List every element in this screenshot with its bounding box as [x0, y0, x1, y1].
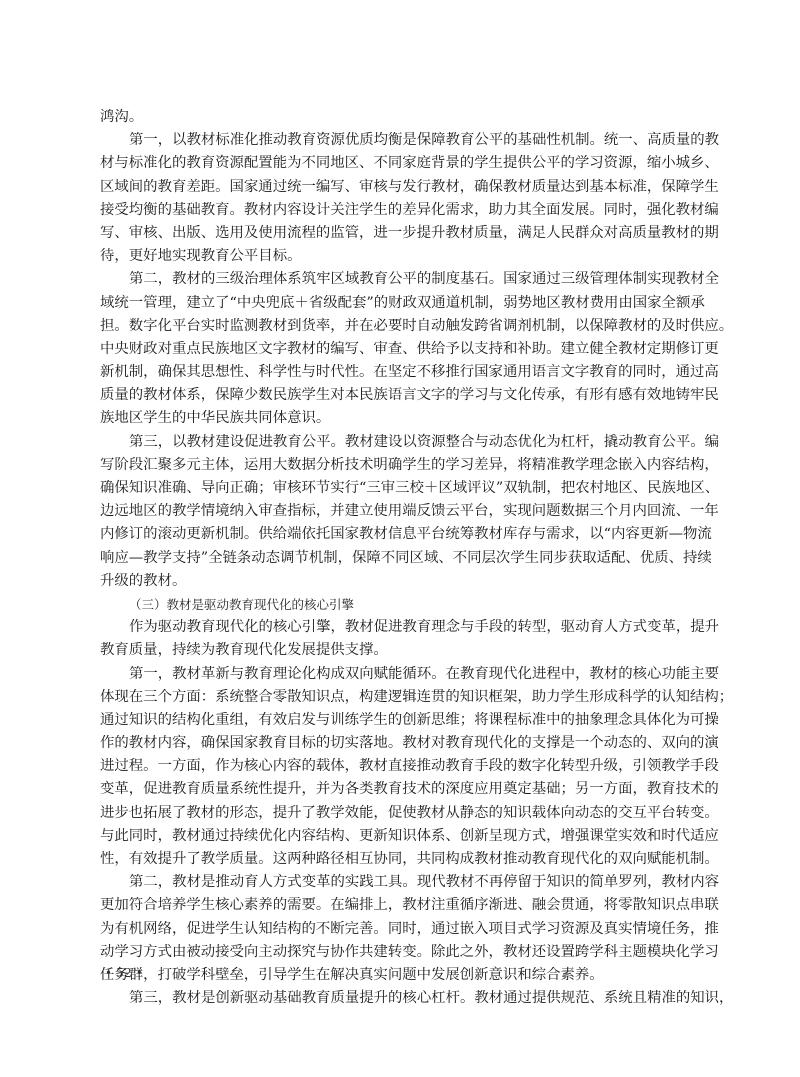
text-line: 第三，教材是创新驱动基础教育质量提升的核心杠杆。教材通过提供规范、系统且精准的知… [100, 987, 700, 1010]
text-line: 变革，促进教育质量系统性提升，并为各类教育技术的深度应用奠定基础；另一方面，教育… [100, 778, 700, 801]
text-line: 域统一管理，建立了“中央兜底＋省级配套”的财政双通道机制，弱势地区教材费用由国家… [100, 292, 700, 315]
text-line: 写、审核、出版、选用及使用流程的监管，进一步提升教材质量，满足人民群众对高质量教… [100, 222, 700, 245]
text-line: 族地区学生的中华民族共同体意识。 [100, 407, 700, 430]
text-line: 担。数字化平台实时监测教材到货率，并在必要时自动触发跨省调剂机制，以保障教材的及… [100, 315, 700, 338]
text-line: 新机制，确保其思想性、科学性与时代性。在坚定不移推行国家通用语言文字教育的同时，… [100, 361, 700, 384]
text-line: 区域间的教育差距。国家通过统一编写、审核与发行教材，确保教材质量达到基本标准，保… [100, 176, 700, 199]
text-line: 内修订的滚动更新机制。供给端依托国家教材信息平台统筹教材库存与需求，以“内容更新… [100, 523, 700, 546]
text-line: 性，有效提升了教学质量。这两种路径相互协同，共同构成教材推动教育现代化的双向赋能… [100, 848, 700, 871]
text-line: 升级的教材。 [100, 570, 700, 593]
text-line: 质量的教材体系，保障少数民族学生对本民族语言文字的学习与文化传承，有形有感有效地… [100, 384, 700, 407]
text-line: 材与标准化的教育资源配置能为不同地区、不同家庭背景的学生提供公平的学习资源，缩小… [100, 152, 700, 175]
page-number: • 52 • [106, 966, 143, 982]
paragraph-continuation: 鸿沟。 [100, 106, 700, 129]
text-line: 作的教材内容，确保国家教育目标的切实落地。教材对教育现代化的支撑是一个动态的、双… [100, 732, 700, 755]
paragraph: 第一，教材革新与教育理论化构成双向赋能循环。在教育现代化进程中，教材的核心功能主… [100, 663, 700, 872]
text-line: 更加符合培养学生核心素养的需要。在编排上，教材注重循序渐进、融会贯通，将零散知识… [100, 894, 700, 917]
text-line: （三）教材是驱动教育现代化的核心引擎 [100, 593, 700, 616]
text-line: 鸿沟。 [100, 106, 700, 129]
text-line: 待，更好地实现教育公平目标。 [100, 245, 700, 268]
text-line: 第二，教材是推动育人方式变革的实践工具。现代教材不再停留于知识的简单罗列，教材内… [100, 871, 700, 894]
paragraph: 第二，教材是推动育人方式变革的实践工具。现代教材不再停留于知识的简单罗列，教材内… [100, 871, 700, 987]
text-line: 第一，教材革新与教育理论化构成双向赋能循环。在教育现代化进程中，教材的核心功能主… [100, 663, 700, 686]
text-line: 确保知识准确、导向正确；审核环节实行“三审三校＋区域评议”双轨制，把农村地区、民… [100, 477, 700, 500]
text-line: 作为驱动教育现代化的核心引擎，教材促进教育理念与手段的转型，驱动育人方式变革，提… [100, 616, 700, 639]
text-line: 第二，教材的三级治理体系筑牢区域教育公平的制度基石。国家通过三级管理体制实现教材… [100, 268, 700, 291]
paragraph: 第二，教材的三级治理体系筑牢区域教育公平的制度基石。国家通过三级管理体制实现教材… [100, 268, 700, 430]
section-heading: （三）教材是驱动教育现代化的核心引擎 [100, 593, 700, 616]
text-line: 任务群，打破学科壁垒，引导学生在解决真实问题中发展创新意识和综合素养。 [100, 964, 700, 987]
text-line: 第一，以教材标准化推动教育资源优质均衡是保障教育公平的基础性机制。统一、高质量的… [100, 129, 700, 152]
text-line: 中央财政对重点民族地区文字教材的编写、审查、供给予以支持和补助。建立健全教材定期… [100, 338, 700, 361]
text-line: 边远地区的教学情境纳入审查指标，并建立使用端反馈云平台，实现问题数据三个月内回流… [100, 500, 700, 523]
paragraph: 第三，教材是创新驱动基础教育质量提升的核心杠杆。教材通过提供规范、系统且精准的知… [100, 987, 700, 1010]
paragraph: 第三，以教材建设促进教育公平。教材建设以资源整合与动态优化为杠杆，撬动教育公平。… [100, 431, 700, 593]
text-line: 进过程。一方面，作为核心内容的载体，教材直接推动教育手段的数字化转型升级，引领教… [100, 755, 700, 778]
text-line: 第三，以教材建设促进教育公平。教材建设以资源整合与动态优化为杠杆，撬动教育公平。… [100, 431, 700, 454]
text-line: 写阶段汇聚多元主体，运用大数据分析技术明确学生的学习差异，将精准教学理念嵌入内容… [100, 454, 700, 477]
paragraph: 作为驱动教育现代化的核心引擎，教材促进教育理念与手段的转型，驱动育人方式变革，提… [100, 616, 700, 662]
paragraph: 第一，以教材标准化推动教育资源优质均衡是保障教育公平的基础性机制。统一、高质量的… [100, 129, 700, 268]
document-page: 鸿沟。第一，以教材标准化推动教育资源优质均衡是保障教育公平的基础性机制。统一、高… [100, 106, 700, 1010]
text-line: 通过知识的结构化重组，有效启发与训练学生的创新思维；将课程标准中的抽象理念具体化… [100, 709, 700, 732]
text-line: 为有机网络，促进学生认知结构的不断完善。同时，通过嵌入项目式学习资源及真实情境任… [100, 918, 700, 941]
text-line: 接受均衡的基础教育。教材内容设计关注学生的差异化需求，助力其全面发展。同时，强化… [100, 199, 700, 222]
text-line: 动学习方式由被动接受向主动探究与协作共建转变。除此之外，教材还设置跨学科主题模块… [100, 941, 700, 964]
text-line: 进步也拓展了教材的形态，提升了教学效能，促使教材从静态的知识载体向动态的交互平台… [100, 802, 700, 825]
text-line: 教育质量，持续为教育现代化发展提供支撑。 [100, 639, 700, 662]
text-line: 与此同时，教材通过持续优化内容结构、更新知识体系、创新呈现方式，增强课堂实效和时… [100, 825, 700, 848]
text-line: 响应—教学支持”全链条动态调节机制，保障不同区域、不同层次学生同步获取适配、优质… [100, 547, 700, 570]
text-line: 体现在三个方面：系统整合零散知识点，构建逻辑连贯的知识框架，助力学生形成科学的认… [100, 686, 700, 709]
